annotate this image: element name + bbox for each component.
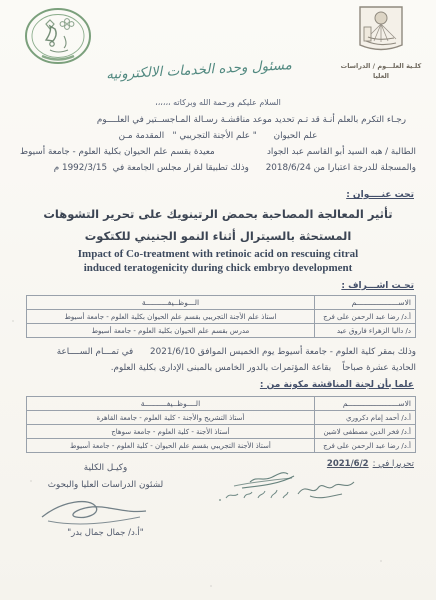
under-title-label: تحت عنــــوان : [346, 190, 414, 200]
committee-label: علما بأن لجنة المناقشة مكونة من : [260, 380, 414, 390]
thesis-title-en-line1: Impact of Co-treatment with retinoic aci… [0, 247, 436, 261]
supervisor-name: د/ داليا الزهراء فاروق عيد [314, 324, 415, 338]
handwritten-approval-signature-icon [192, 462, 308, 530]
committee-member-name: أ.د/ أحمد إمام دكروري [314, 411, 415, 425]
vice-dean-block: وكيـل الكلية لشئون الدراسات العليا والبح… [28, 460, 183, 494]
intro-paragraph: رجـاء التكرم بالعلم أنـة قد تـم تحديد مو… [20, 112, 416, 176]
student-name: الطالبة / هبه السيد أبو القاسم عبد الجوا… [267, 144, 416, 160]
venue-line-2: الحادية عشرة صباحاً بقاعة المؤتمرات بالد… [20, 360, 416, 376]
venue-paragraph: وذلك بمقر كلية العلوم - جامعة أسيوط يوم … [20, 344, 416, 376]
supervision-header-row: الاســـــــــــــــــــم الـــوظــيفــــ… [27, 296, 416, 310]
vice-dean-title-line1: وكيـل الكلية [28, 460, 183, 477]
thesis-title-english: Impact of Co-treatment with retinoic aci… [0, 247, 436, 275]
committee-member-name: أ.د/ رضا عبد الرحمن على فرج [314, 439, 415, 453]
table-row: د/ داليا الزهراء فاروق عيد مدرس بقسم علم… [27, 324, 416, 338]
supervision-col-name: الاســـــــــــــــــــم [314, 296, 415, 310]
issue-date-label: تحريرا في : [373, 459, 414, 469]
table-row: أ.د/ رضا عبد الرحمن على فرج استاذ علم ال… [27, 310, 416, 324]
logo-caption-line1: كلـية العلـــوم / الدراسات [338, 62, 424, 72]
scan-speck [12, 320, 14, 322]
assiut-university-logo-icon [352, 5, 410, 57]
committee-col-position: الــــوظــيفــــــــــة [27, 397, 315, 411]
thesis-title-ar-line2: المستحثة بالسيترال أثناء النمو الجنيني ل… [0, 225, 436, 247]
vice-dean-signature-icon [36, 493, 152, 533]
handwritten-routing-note: مسئول وحده الخدمات الالكترونيه [74, 55, 324, 84]
issue-date: تحريرا في : 2021/6/2 [327, 459, 414, 469]
supervisor-position: استاذ علم الأجنة التجريبي بقسم علم الحيو… [27, 310, 315, 324]
university-logo-block: كلـية العلـــوم / الدراسات العليا [338, 5, 424, 82]
committee-member-position: أستاذ التشريح والأجنة - كلية العلوم - جا… [27, 411, 315, 425]
committee-member-name: أ.د/ فخر الدين مصطفى لاشين [314, 425, 415, 439]
vice-dean-name: "أ.د/ جمال جمال بدر" [28, 528, 183, 538]
committee-member-position: أستاذ الأجنة - كلية العلوم - جامعة سوهاج [27, 425, 315, 439]
venue-line-1: وذلك بمقر كلية العلوم - جامعة أسيوط يوم … [20, 344, 416, 360]
scan-speck [210, 585, 212, 587]
supervision-table: الاســـــــــــــــــــم الـــوظــيفــــ… [26, 295, 416, 338]
greeting-line: السلام عليكم ورحمة الله وبركاته ،،،،،، [0, 98, 436, 107]
supervisor-position: مدرس بقسم علم الحيوان بكلية العلوم - جام… [27, 324, 315, 338]
intro-line-1: رجـاء التكرم بالعلم أنـة قد تـم تحديد مو… [20, 112, 416, 128]
committee-member-position: أستاذ الأجنة التجريبي بقسم علم الحيوان -… [27, 439, 315, 453]
table-row: أ.د/ أحمد إمام دكروري أستاذ التشريح والأ… [27, 411, 416, 425]
supervisor-name: أ.د/ رضا عبد الرحمن على فرج [314, 310, 415, 324]
table-row: أ.د/ رضا عبد الرحمن على فرج أستاذ الأجنة… [27, 439, 416, 453]
committee-col-name: الاســـــــــــــــــــــــم [314, 397, 415, 411]
intro-line-4: والمسجلة للدرجة اعتبارا من 2018/6/24 وذل… [20, 160, 416, 176]
intro-line-2: علم الحيوان " علم الأجنة التجريبي " المق… [20, 128, 416, 144]
student-position: معيدة بقسم علم الحيوان بكلية العلوم - جا… [20, 144, 215, 160]
scanned-thesis-defense-letter: { "header": { "logo_caption_line1": "كلـ… [0, 0, 436, 600]
committee-header-row: الاســـــــــــــــــــــــم الــــوظــي… [27, 397, 416, 411]
intro-line-3: الطالبة / هبه السيد أبو القاسم عبد الجوا… [20, 144, 416, 160]
logo-caption-line2: العليا [338, 72, 424, 82]
issue-date-value: 2021/6/2 [327, 459, 369, 469]
committee-table: الاســـــــــــــــــــــــم الــــوظــي… [26, 396, 416, 453]
thesis-title-ar-line1: تأثير المعالجة المصاحبة بحمض الرتينويك ع… [0, 203, 436, 225]
thesis-title-en-line2: induced teratogenicity during chick embr… [0, 261, 436, 275]
scan-speck [380, 560, 382, 562]
table-row: أ.د/ فخر الدين مصطفى لاشين أستاذ الأجنة … [27, 425, 416, 439]
faculty-of-science-seal-icon [22, 6, 94, 72]
vice-dean-title-line2: لشئون الدراسات العليا والبحوث [28, 477, 183, 494]
thesis-title-arabic: تأثير المعالجة المصاحبة بحمض الرتينويك ع… [0, 203, 436, 247]
supervision-col-position: الـــوظــيفــــــــــة [27, 296, 315, 310]
supervision-label: تحـت اشـــراف : [341, 281, 414, 291]
